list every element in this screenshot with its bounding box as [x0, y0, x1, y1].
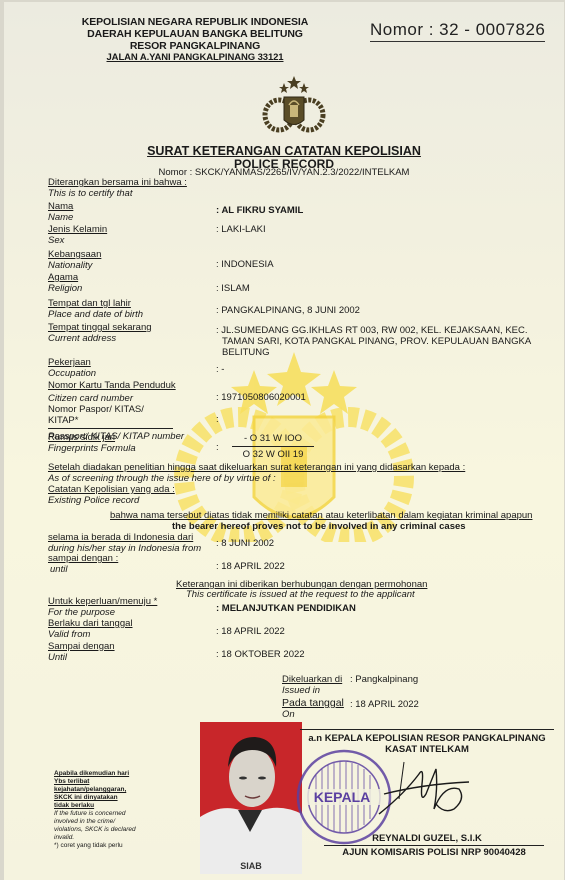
stay-from-value: : 8 JUNI 2002: [216, 538, 274, 549]
document-title: SURAT KETERANGAN CATATAN KEPOLISIAN: [4, 144, 564, 158]
signatory-name: REYNALDI GUZEL, S.I.K: [300, 833, 554, 844]
request-note-en: This certificate is issued at the reques…: [186, 589, 415, 600]
field-value-sex: : LAKI-LAKI: [216, 224, 266, 235]
field-label-citizen-card: Nomor Kartu Tanda Penduduk Citizen card …: [48, 380, 176, 404]
svg-text:KEPALA: KEPALA: [314, 789, 371, 805]
statement-id: bahwa nama tersebut diatas tidak memilik…: [110, 510, 532, 521]
institution-address: JALAN A.YANI PANGKALPINANG 33121: [70, 52, 320, 64]
field-value-nationality: : INDONESIA: [216, 259, 274, 270]
field-value-address: : JL.SUMEDANG GG.IKHLAS RT 003, RW 002, …: [216, 325, 531, 358]
field-label-address: Tempat tinggal sekarang Current address: [48, 322, 152, 344]
fingerprint-colon: :: [216, 442, 219, 453]
signature-icon: [374, 754, 474, 824]
fingerprint-formula-top: - O 31 W IOO: [232, 433, 314, 447]
field-value-religion: : ISLAM: [216, 283, 250, 294]
institution-line-3: RESOR PANGKALPINANG: [70, 40, 320, 52]
intro-en: This is to certify that: [48, 188, 187, 199]
issued-on-label: Pada tanggal On: [282, 698, 344, 720]
institution-header: KEPOLISIAN NEGARA REPUBLIK INDONESIA DAE…: [70, 16, 320, 64]
purpose-value: : MELANJUTKAN PENDIDIKAN: [216, 603, 356, 614]
issued-on-value: : 18 APRIL 2022: [350, 699, 419, 710]
stay-from-label: selama ia berada di Indonesia dari durin…: [48, 532, 201, 554]
valid-until-value: : 18 OKTOBER 2022: [216, 649, 305, 660]
institution-line-2: DAERAH KEPULAUAN BANGKA BELITUNG: [70, 28, 320, 40]
issued-in-label: Dikeluarkan di Issued in: [282, 674, 342, 696]
valid-from-label: Berlaku dari tanggal Valid from: [48, 618, 133, 640]
screening-text: Setelah diadakan penelitian hingga saat …: [48, 462, 465, 506]
field-label-fingerprint: Rumus sidik jari Fingerprints Formula: [48, 432, 136, 454]
applicant-photo: SIAB: [200, 722, 302, 874]
field-label-name: Nama Name: [48, 201, 73, 223]
field-value-birth: : PANGKALPINANG, 8 JUNI 2002: [216, 305, 360, 316]
issued-in-value: : Pangkalpinang: [350, 674, 418, 685]
valid-from-value: : 18 APRIL 2022: [216, 626, 285, 637]
stay-until-label: sampai dengan : until: [48, 553, 118, 575]
fingerprint-formula-bottom: O 32 W OII 19: [232, 449, 314, 460]
person-photo-icon: SIAB: [200, 722, 302, 874]
stay-until-value: : 18 APRIL 2022: [216, 561, 285, 572]
field-label-sex: Jenis Kelamin Sex: [48, 224, 107, 246]
validity-notes: Apabila dikemudian hari Ybs terlibat kej…: [54, 770, 164, 850]
field-label-religion: Agama Religion: [48, 272, 82, 294]
intro-text: Diterangkan bersama ini bahwa : This is …: [48, 177, 187, 199]
field-value-passport: :: [216, 414, 219, 425]
statement-en: the bearer hereof proves not to be invol…: [172, 521, 466, 532]
field-value-citizen-card: : 1971050806020001: [216, 392, 306, 403]
signature-divider: [300, 729, 554, 730]
field-value-occupation: : -: [216, 364, 224, 375]
field-label-nationality: Kebangsaan Nationality: [48, 249, 101, 271]
valid-until-label: Sampai dengan Until: [48, 641, 115, 663]
purpose-label: Untuk keperluan/menuju * For the purpose: [48, 596, 157, 618]
field-label-birth: Tempat dan tgl lahir Place and date of b…: [48, 298, 143, 320]
serial-number: Nomor : 32 - 0007826: [370, 20, 545, 42]
intro-id: Diterangkan bersama ini bahwa :: [48, 177, 187, 188]
field-value-name: : AL FIKRU SYAMIL: [216, 205, 303, 216]
police-record-document: KEPOLISIAN NEGARA REPUBLIK INDONESIA DAE…: [4, 2, 564, 880]
field-label-occupation: Pekerjaan Occupation: [48, 357, 96, 379]
institution-line-1: KEPOLISIAN NEGARA REPUBLIK INDONESIA: [70, 16, 320, 28]
signatory-rank: AJUN KOMISARIS POLISI NRP 90040428: [324, 845, 544, 858]
svg-text:SIAB: SIAB: [240, 861, 262, 871]
police-emblem-icon: [259, 75, 329, 135]
